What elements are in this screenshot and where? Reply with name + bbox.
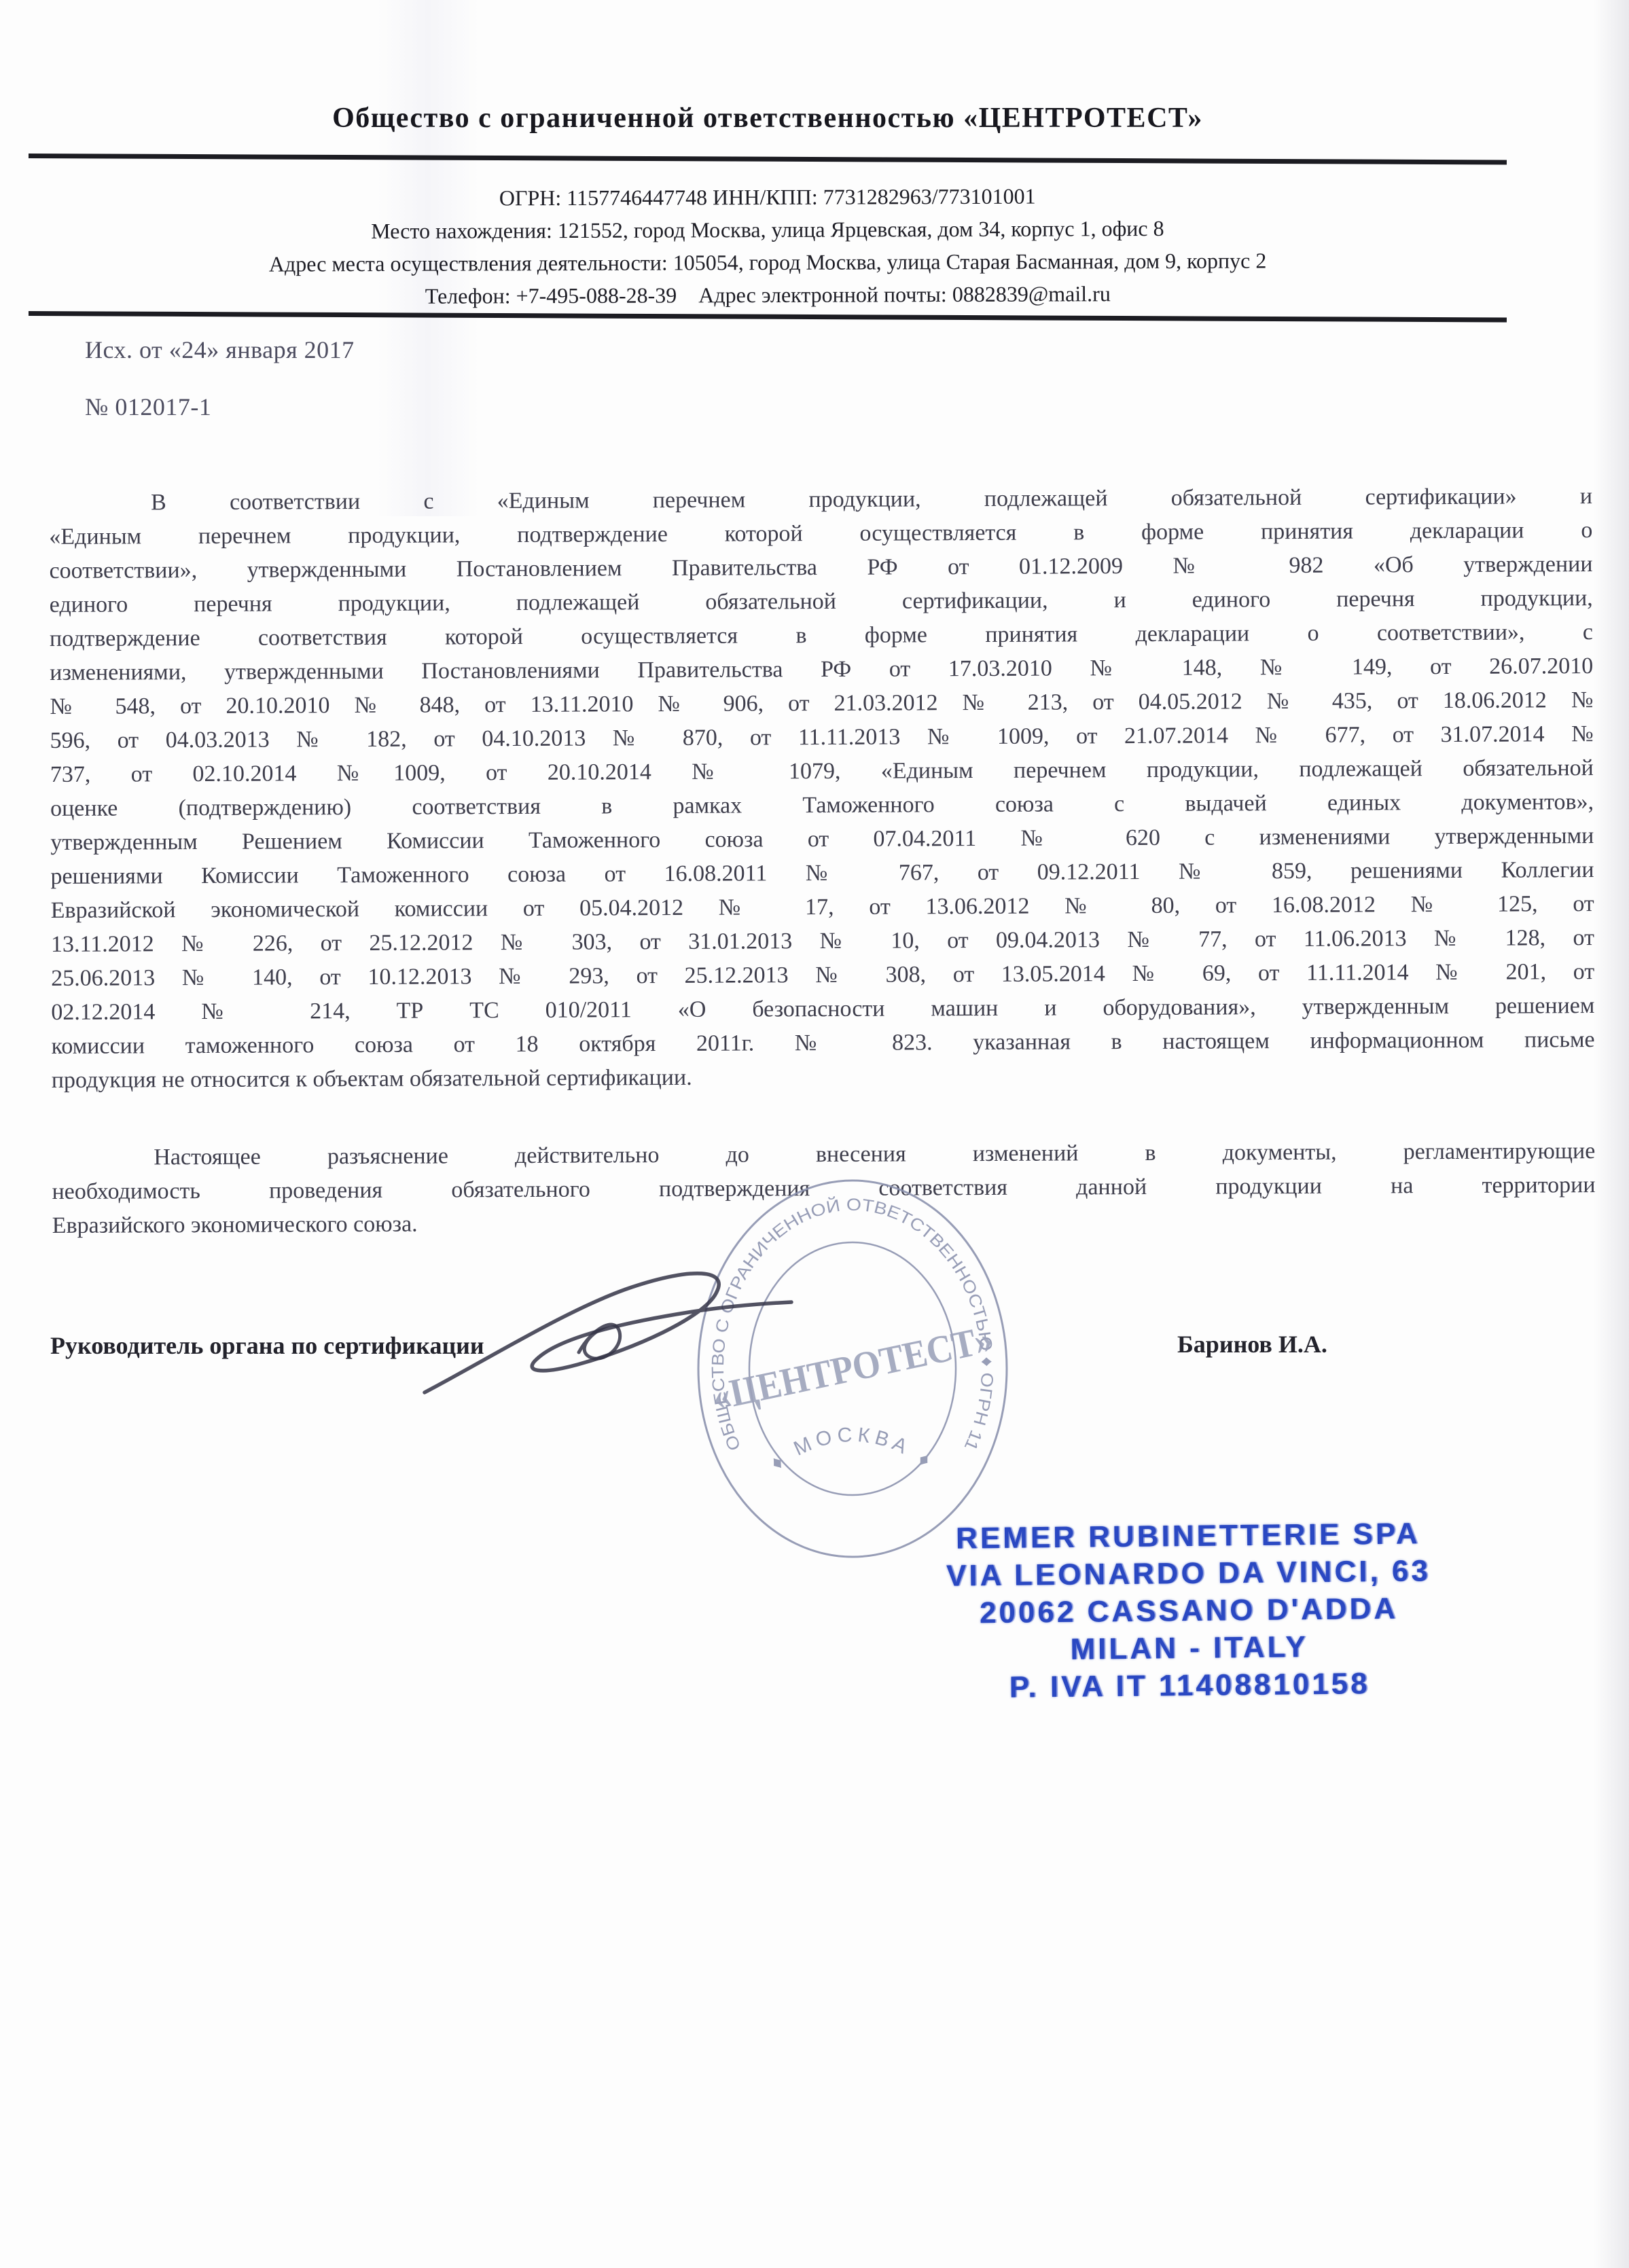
letterhead-divider-bottom <box>29 311 1507 322</box>
body-line: комиссии таможенного союза от 18 октября… <box>51 1023 1594 1064</box>
outgoing-number-line: № 012017-1 <box>85 393 211 421</box>
body-line: продукция не относится к объектам обязат… <box>52 1057 1595 1098</box>
company-title: Общество с ограниченной ответственностью… <box>27 102 1508 134</box>
recipient-stamp: REMER RUBINETTERIE SPAVIA LEONARDO DA VI… <box>920 1515 1458 1707</box>
letterhead-info: ОГРН: 1157746447748 ИНН/КПП: 7731282963/… <box>27 178 1509 314</box>
letter-body: В соответствии с «Единым перечнем продук… <box>49 480 1596 1243</box>
signatory-name: Баринов И.А. <box>1177 1330 1327 1358</box>
recipient-stamp-line: MILAN - ITALY <box>920 1627 1458 1670</box>
handwritten-signature <box>408 1219 842 1443</box>
scanned-letter-page: Общество с ограниченной ответственностью… <box>0 0 1629 2268</box>
recipient-stamp-line: VIA LEONARDO DA VINCI, 63 <box>920 1552 1457 1595</box>
body-paragraph-1: В соответствии с «Единым перечнем продук… <box>49 480 1595 1098</box>
letterhead-info-line: Телефон: +7-495-088-28-39 Адрес электрон… <box>27 276 1508 314</box>
letterhead-info-line: Место нахождения: 121552, город Москва, … <box>27 211 1508 249</box>
recipient-stamp-line: REMER RUBINETTERIE SPA <box>920 1515 1457 1558</box>
scanner-edge-shadow <box>1594 0 1629 2268</box>
letterhead-divider-top <box>29 154 1507 164</box>
recipient-stamp-line: P. IVA IT 11408810158 <box>921 1664 1458 1707</box>
letterhead-info-line: Адрес места осуществления деятельности: … <box>27 243 1508 281</box>
outgoing-date-line: Исх. от «24» января 2017 <box>85 336 355 364</box>
letterhead-info-line: ОГРН: 1157746447748 ИНН/КПП: 7731282963/… <box>27 178 1508 216</box>
recipient-stamp-line: 20062 CASSANO D'ADDA <box>920 1589 1458 1632</box>
signature-stroke <box>425 1274 791 1392</box>
